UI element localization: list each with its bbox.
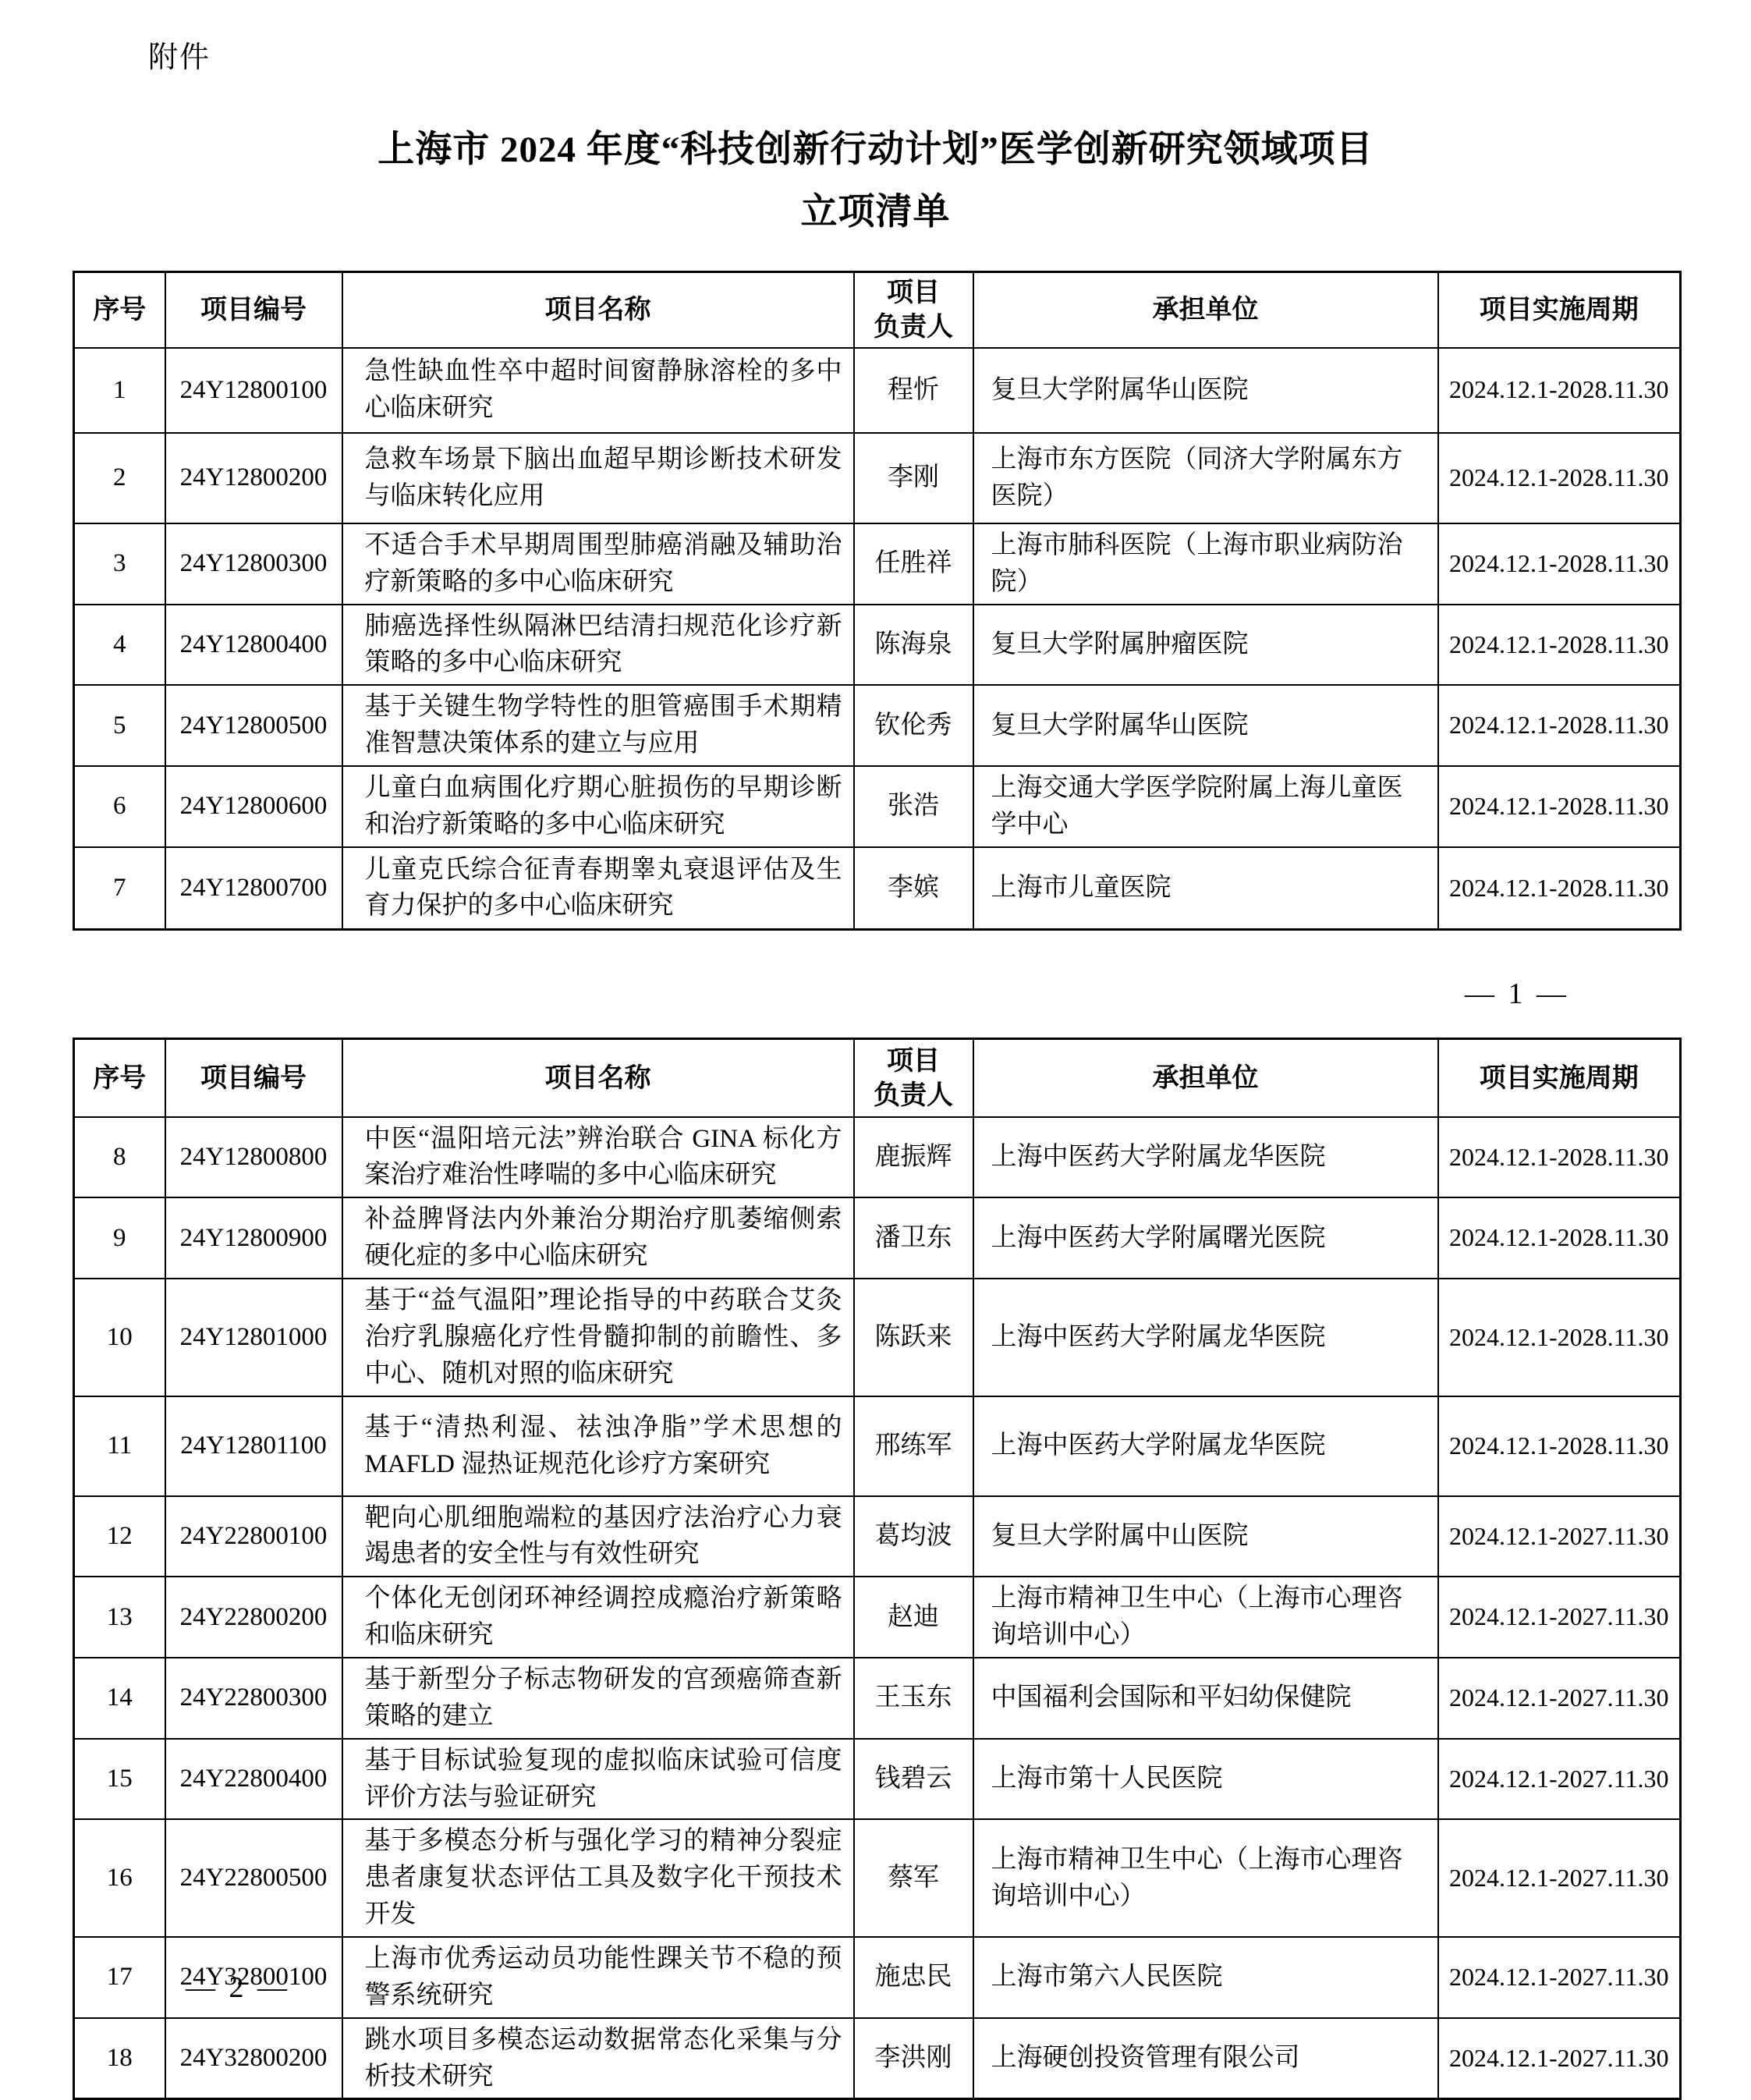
table-row: 3 24Y12800300 不适合手术早期周围型肺癌消融及辅助治疗新策略的多中心… xyxy=(74,523,1681,605)
project-org: 复旦大学附属华山医院 xyxy=(973,685,1438,766)
col-header-period: 项目实施周期 xyxy=(1438,1039,1681,1117)
table-row: 7 24Y12800700 儿童克氏综合征青春期睾丸衰退评估及生育力保护的多中心… xyxy=(74,847,1681,930)
project-name: 肺癌选择性纵隔淋巴结清扫规范化诊疗新策略的多中心临床研究 xyxy=(342,605,854,686)
project-name: 基于多模态分析与强化学习的精神分裂症患者康复状态评估工具及数字化干预技术开发 xyxy=(342,1819,854,1937)
project-pi: 鹿振辉 xyxy=(854,1117,973,1198)
project-name: 基于“益气温阳”理论指导的中药联合艾灸治疗乳腺癌化疗性骨髓抑制的前瞻性、多中心、… xyxy=(342,1279,854,1396)
col-header-code: 项目编号 xyxy=(165,272,342,348)
table-row: 12 24Y22800100 靶向心肌细胞端粒的基因疗法治疗心力衰竭患者的安全性… xyxy=(74,1496,1681,1577)
project-pi: 王玉东 xyxy=(854,1658,973,1739)
project-name: 中医“温阳培元法”辨治联合 GINA 标化方案治疗难治性哮喘的多中心临床研究 xyxy=(342,1117,854,1198)
project-org: 上海硬创投资管理有限公司 xyxy=(973,2018,1438,2099)
col-header-pi: 项目 负责人 xyxy=(854,1039,973,1117)
project-pi: 李洪刚 xyxy=(854,2018,973,2099)
project-pi: 钱碧云 xyxy=(854,1739,973,1820)
col-header-period: 项目实施周期 xyxy=(1438,272,1681,348)
project-period: 2024.12.1-2027.11.30 xyxy=(1438,1658,1681,1739)
project-name: 基于关键生物学特性的胆管癌围手术期精准智慧决策体系的建立与应用 xyxy=(342,685,854,766)
project-period: 2024.12.1-2028.11.30 xyxy=(1438,685,1681,766)
row-index: 8 xyxy=(74,1117,165,1198)
projects-table-page1: 序号 项目编号 项目名称 项目 负责人 承担单位 项目实施周期 1 24Y128… xyxy=(73,271,1682,931)
project-org: 复旦大学附属中山医院 xyxy=(973,1496,1438,1577)
row-index: 14 xyxy=(74,1658,165,1739)
col-header-no: 序号 xyxy=(74,1039,165,1117)
project-period: 2024.12.1-2027.11.30 xyxy=(1438,1937,1681,2018)
project-period: 2024.12.1-2028.11.30 xyxy=(1438,1279,1681,1396)
row-index: 6 xyxy=(74,766,165,847)
project-pi: 钦伦秀 xyxy=(854,685,973,766)
table-header-row: 序号 项目编号 项目名称 项目 负责人 承担单位 项目实施周期 xyxy=(74,1039,1681,1117)
project-name: 基于“清热利湿、祛浊净脂”学术思想的 MAFLD 湿热证规范化诊疗方案研究 xyxy=(342,1396,854,1496)
col-header-name: 项目名称 xyxy=(342,1039,854,1117)
project-period: 2024.12.1-2028.11.30 xyxy=(1438,1197,1681,1279)
project-pi: 李刚 xyxy=(854,433,973,523)
row-index: 12 xyxy=(74,1496,165,1577)
project-name: 跳水项目多模态运动数据常态化采集与分析技术研究 xyxy=(342,2018,854,2099)
col-header-code: 项目编号 xyxy=(165,1039,342,1117)
project-pi: 陈跃来 xyxy=(854,1279,973,1396)
project-pi: 张浩 xyxy=(854,766,973,847)
project-period: 2024.12.1-2028.11.30 xyxy=(1438,348,1681,433)
projects-table-page2: 序号 项目编号 项目名称 项目 负责人 承担单位 项目实施周期 8 24Y128… xyxy=(73,1038,1682,2100)
project-org: 上海市精神卫生中心（上海市心理咨询培训中心） xyxy=(973,1819,1438,1937)
table-row: 15 24Y22800400 基于目标试验复现的虚拟临床试验可信度评价方法与验证… xyxy=(74,1739,1681,1820)
project-org: 复旦大学附属肿瘤医院 xyxy=(973,605,1438,686)
table-row: 8 24Y12800800 中医“温阳培元法”辨治联合 GINA 标化方案治疗难… xyxy=(74,1117,1681,1198)
col-header-pi-line1: 项目 xyxy=(858,275,969,310)
title-line-2: 立项清单 xyxy=(0,181,1751,243)
row-index: 3 xyxy=(74,523,165,605)
project-org: 上海市东方医院（同济大学附属东方医院） xyxy=(973,433,1438,523)
project-pi: 李嫔 xyxy=(854,847,973,930)
project-period: 2024.12.1-2027.11.30 xyxy=(1438,1739,1681,1820)
project-period: 2024.12.1-2028.11.30 xyxy=(1438,1117,1681,1198)
project-code: 24Y12800700 xyxy=(165,847,342,930)
project-code: 24Y32800200 xyxy=(165,2018,342,2099)
col-header-no: 序号 xyxy=(74,272,165,348)
table-row: 6 24Y12800600 儿童白血病围化疗期心脏损伤的早期诊断和治疗新策略的多… xyxy=(74,766,1681,847)
project-org: 复旦大学附属华山医院 xyxy=(973,348,1438,433)
row-index: 18 xyxy=(74,2018,165,2099)
project-period: 2024.12.1-2027.11.30 xyxy=(1438,1496,1681,1577)
project-pi: 潘卫东 xyxy=(854,1197,973,1279)
project-name: 基于目标试验复现的虚拟临床试验可信度评价方法与验证研究 xyxy=(342,1739,854,1820)
project-code: 24Y12800500 xyxy=(165,685,342,766)
attachment-label: 附件 xyxy=(148,33,211,76)
project-period: 2024.12.1-2028.11.30 xyxy=(1438,847,1681,930)
project-code: 24Y12800200 xyxy=(165,433,342,523)
row-index: 10 xyxy=(74,1279,165,1396)
project-org: 上海中医药大学附属龙华医院 xyxy=(973,1279,1438,1396)
project-org: 中国福利会国际和平妇幼保健院 xyxy=(973,1658,1438,1739)
table-row: 13 24Y22800200 个体化无创闭环神经调控成瘾治疗新策略和临床研究 赵… xyxy=(74,1577,1681,1658)
project-name: 急性缺血性卒中超时间窗静脉溶栓的多中心临床研究 xyxy=(342,348,854,433)
project-code: 24Y12800900 xyxy=(165,1197,342,1279)
col-header-name: 项目名称 xyxy=(342,272,854,348)
table-row: 5 24Y12800500 基于关键生物学特性的胆管癌围手术期精准智慧决策体系的… xyxy=(74,685,1681,766)
project-pi: 赵迪 xyxy=(854,1577,973,1658)
project-code: 24Y12800400 xyxy=(165,605,342,686)
project-org: 上海交通大学医学院附属上海儿童医学中心 xyxy=(973,766,1438,847)
row-index: 5 xyxy=(74,685,165,766)
project-period: 2024.12.1-2028.11.30 xyxy=(1438,766,1681,847)
project-org: 上海市肺科医院（上海市职业病防治院） xyxy=(973,523,1438,605)
project-code: 24Y22800500 xyxy=(165,1819,342,1937)
project-period: 2024.12.1-2028.11.30 xyxy=(1438,1396,1681,1496)
project-org: 上海中医药大学附属曙光医院 xyxy=(973,1197,1438,1279)
document-title: 上海市 2024 年度“科技创新行动计划”医学创新研究领域项目 立项清单 xyxy=(0,119,1751,243)
project-org: 上海中医药大学附属龙华医院 xyxy=(973,1117,1438,1198)
project-org: 上海市精神卫生中心（上海市心理咨询培训中心） xyxy=(973,1577,1438,1658)
project-code: 24Y22800100 xyxy=(165,1496,342,1577)
project-name: 靶向心肌细胞端粒的基因疗法治疗心力衰竭患者的安全性与有效性研究 xyxy=(342,1496,854,1577)
row-index: 9 xyxy=(74,1197,165,1279)
table-row: 14 24Y22800300 基于新型分子标志物研发的宫颈癌筛查新策略的建立 王… xyxy=(74,1658,1681,1739)
row-index: 1 xyxy=(74,348,165,433)
project-name: 急救车场景下脑出血超早期诊断技术研发与临床转化应用 xyxy=(342,433,854,523)
project-code: 24Y22800400 xyxy=(165,1739,342,1820)
table-row: 11 24Y12801100 基于“清热利湿、祛浊净脂”学术思想的 MAFLD … xyxy=(74,1396,1681,1496)
project-name: 儿童白血病围化疗期心脏损伤的早期诊断和治疗新策略的多中心临床研究 xyxy=(342,766,854,847)
table-row: 16 24Y22800500 基于多模态分析与强化学习的精神分裂症患者康复状态评… xyxy=(74,1819,1681,1937)
project-org: 上海市第十人民医院 xyxy=(973,1739,1438,1820)
project-pi: 任胜祥 xyxy=(854,523,973,605)
project-org: 上海市儿童医院 xyxy=(973,847,1438,930)
project-period: 2024.12.1-2027.11.30 xyxy=(1438,1577,1681,1658)
project-code: 24Y12801000 xyxy=(165,1279,342,1396)
project-name: 不适合手术早期周围型肺癌消融及辅助治疗新策略的多中心临床研究 xyxy=(342,523,854,605)
col-header-pi: 项目 负责人 xyxy=(854,272,973,348)
project-name: 上海市优秀运动员功能性踝关节不稳的预警系统研究 xyxy=(342,1937,854,2018)
page-number-2: — 2 — xyxy=(160,1971,316,2005)
table-row: 4 24Y12800400 肺癌选择性纵隔淋巴结清扫规范化诊疗新策略的多中心临床… xyxy=(74,605,1681,686)
row-index: 15 xyxy=(74,1739,165,1820)
project-code: 24Y12800300 xyxy=(165,523,342,605)
row-index: 11 xyxy=(74,1396,165,1496)
project-pi: 施忠民 xyxy=(854,1937,973,2018)
project-name: 补益脾肾法内外兼治分期治疗肌萎缩侧索硬化症的多中心临床研究 xyxy=(342,1197,854,1279)
table-row: 1 24Y12800100 急性缺血性卒中超时间窗静脉溶栓的多中心临床研究 程忻… xyxy=(74,348,1681,433)
col-header-pi-line1: 项目 xyxy=(858,1044,969,1078)
row-index: 13 xyxy=(74,1577,165,1658)
page-number-1: — 1 — xyxy=(1439,977,1595,1011)
project-code: 24Y22800200 xyxy=(165,1577,342,1658)
project-code: 24Y12800600 xyxy=(165,766,342,847)
project-pi: 陈海泉 xyxy=(854,605,973,686)
project-org: 上海中医药大学附属龙华医院 xyxy=(973,1396,1438,1496)
row-index: 17 xyxy=(74,1937,165,2018)
project-code: 24Y12800100 xyxy=(165,348,342,433)
row-index: 2 xyxy=(74,433,165,523)
table-header-row: 序号 项目编号 项目名称 项目 负责人 承担单位 项目实施周期 xyxy=(74,272,1681,348)
project-org: 上海市第六人民医院 xyxy=(973,1937,1438,2018)
project-period: 2024.12.1-2028.11.30 xyxy=(1438,523,1681,605)
project-code: 24Y12801100 xyxy=(165,1396,342,1496)
row-index: 16 xyxy=(74,1819,165,1937)
project-pi: 邢练军 xyxy=(854,1396,973,1496)
project-pi: 程忻 xyxy=(854,348,973,433)
table-row: 2 24Y12800200 急救车场景下脑出血超早期诊断技术研发与临床转化应用 … xyxy=(74,433,1681,523)
table-row: 10 24Y12801000 基于“益气温阳”理论指导的中药联合艾灸治疗乳腺癌化… xyxy=(74,1279,1681,1396)
project-period: 2024.12.1-2027.11.30 xyxy=(1438,2018,1681,2099)
project-period: 2024.12.1-2027.11.30 xyxy=(1438,1819,1681,1937)
table-row: 9 24Y12800900 补益脾肾法内外兼治分期治疗肌萎缩侧索硬化症的多中心临… xyxy=(74,1197,1681,1279)
project-name: 个体化无创闭环神经调控成瘾治疗新策略和临床研究 xyxy=(342,1577,854,1658)
row-index: 7 xyxy=(74,847,165,930)
row-index: 4 xyxy=(74,605,165,686)
col-header-org: 承担单位 xyxy=(973,1039,1438,1117)
project-code: 24Y12800800 xyxy=(165,1117,342,1198)
project-name: 儿童克氏综合征青春期睾丸衰退评估及生育力保护的多中心临床研究 xyxy=(342,847,854,930)
title-line-1: 上海市 2024 年度“科技创新行动计划”医学创新研究领域项目 xyxy=(0,119,1751,181)
project-pi: 葛均波 xyxy=(854,1496,973,1577)
col-header-org: 承担单位 xyxy=(973,272,1438,348)
col-header-pi-line2: 负责人 xyxy=(858,310,969,344)
project-pi: 蔡军 xyxy=(854,1819,973,1937)
project-period: 2024.12.1-2028.11.30 xyxy=(1438,433,1681,523)
col-header-pi-line2: 负责人 xyxy=(858,1078,969,1112)
project-code: 24Y22800300 xyxy=(165,1658,342,1739)
project-period: 2024.12.1-2028.11.30 xyxy=(1438,605,1681,686)
project-name: 基于新型分子标志物研发的宫颈癌筛查新策略的建立 xyxy=(342,1658,854,1739)
